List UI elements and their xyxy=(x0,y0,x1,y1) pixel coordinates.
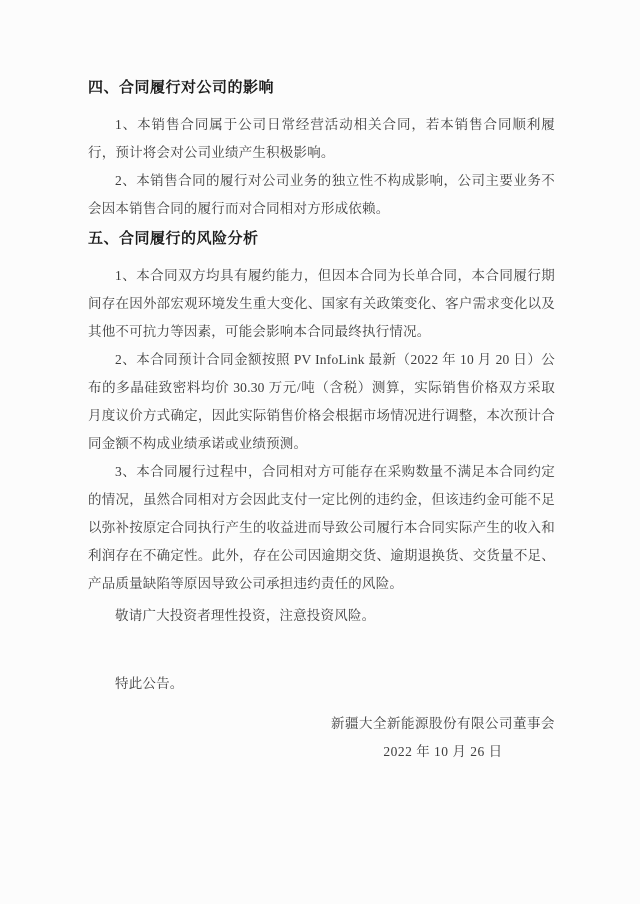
section-heading-risk: 五、合同履行的风险分析 xyxy=(88,229,555,249)
risk-paragraph-3: 3、本合同履行过程中，合同相对方可能存在采购数量不满足本合同约定的情况，虽然合同… xyxy=(88,458,555,598)
section-contract-impact: 四、合同履行对公司的影响 1、本销售合同属于公司日常经营活动相关合同，若本销售合… xyxy=(88,78,555,223)
impact-paragraph-2: 2、本销售合同的履行对公司业务的独立性不构成影响，公司主要业务不会因本销售合同的… xyxy=(88,167,555,223)
risk-paragraph-2: 2、本合同预计合同金额按照 PV InfoLink 最新（2022 年 10 月… xyxy=(88,346,555,458)
announcement-page: 四、合同履行对公司的影响 1、本销售合同属于公司日常经营活动相关合同，若本销售合… xyxy=(0,0,640,904)
company-signature: 新疆大全新能源股份有限公司董事会 xyxy=(331,710,555,738)
section-risk-analysis: 五、合同履行的风险分析 1、本合同双方均具有履约能力，但因本合同为长单合同，本合… xyxy=(88,229,555,598)
risk-paragraph-1: 1、本合同双方均具有履约能力，但因本合同为长单合同，本合同履行期间存在因外部宏观… xyxy=(88,262,555,346)
impact-paragraph-1: 1、本销售合同属于公司日常经营活动相关合同，若本销售合同顺利履行，预计将会对公司… xyxy=(88,111,555,167)
closing-statement: 特此公告。 xyxy=(88,670,555,698)
signature-block: 新疆大全新能源股份有限公司董事会 2022 年 10 月 26 日 xyxy=(331,710,555,766)
section-heading-impact: 四、合同履行对公司的影响 xyxy=(88,78,555,98)
announcement-date: 2022 年 10 月 26 日 xyxy=(331,738,555,766)
investor-notice: 敬请广大投资者理性投资，注意投资风险。 xyxy=(88,602,555,630)
